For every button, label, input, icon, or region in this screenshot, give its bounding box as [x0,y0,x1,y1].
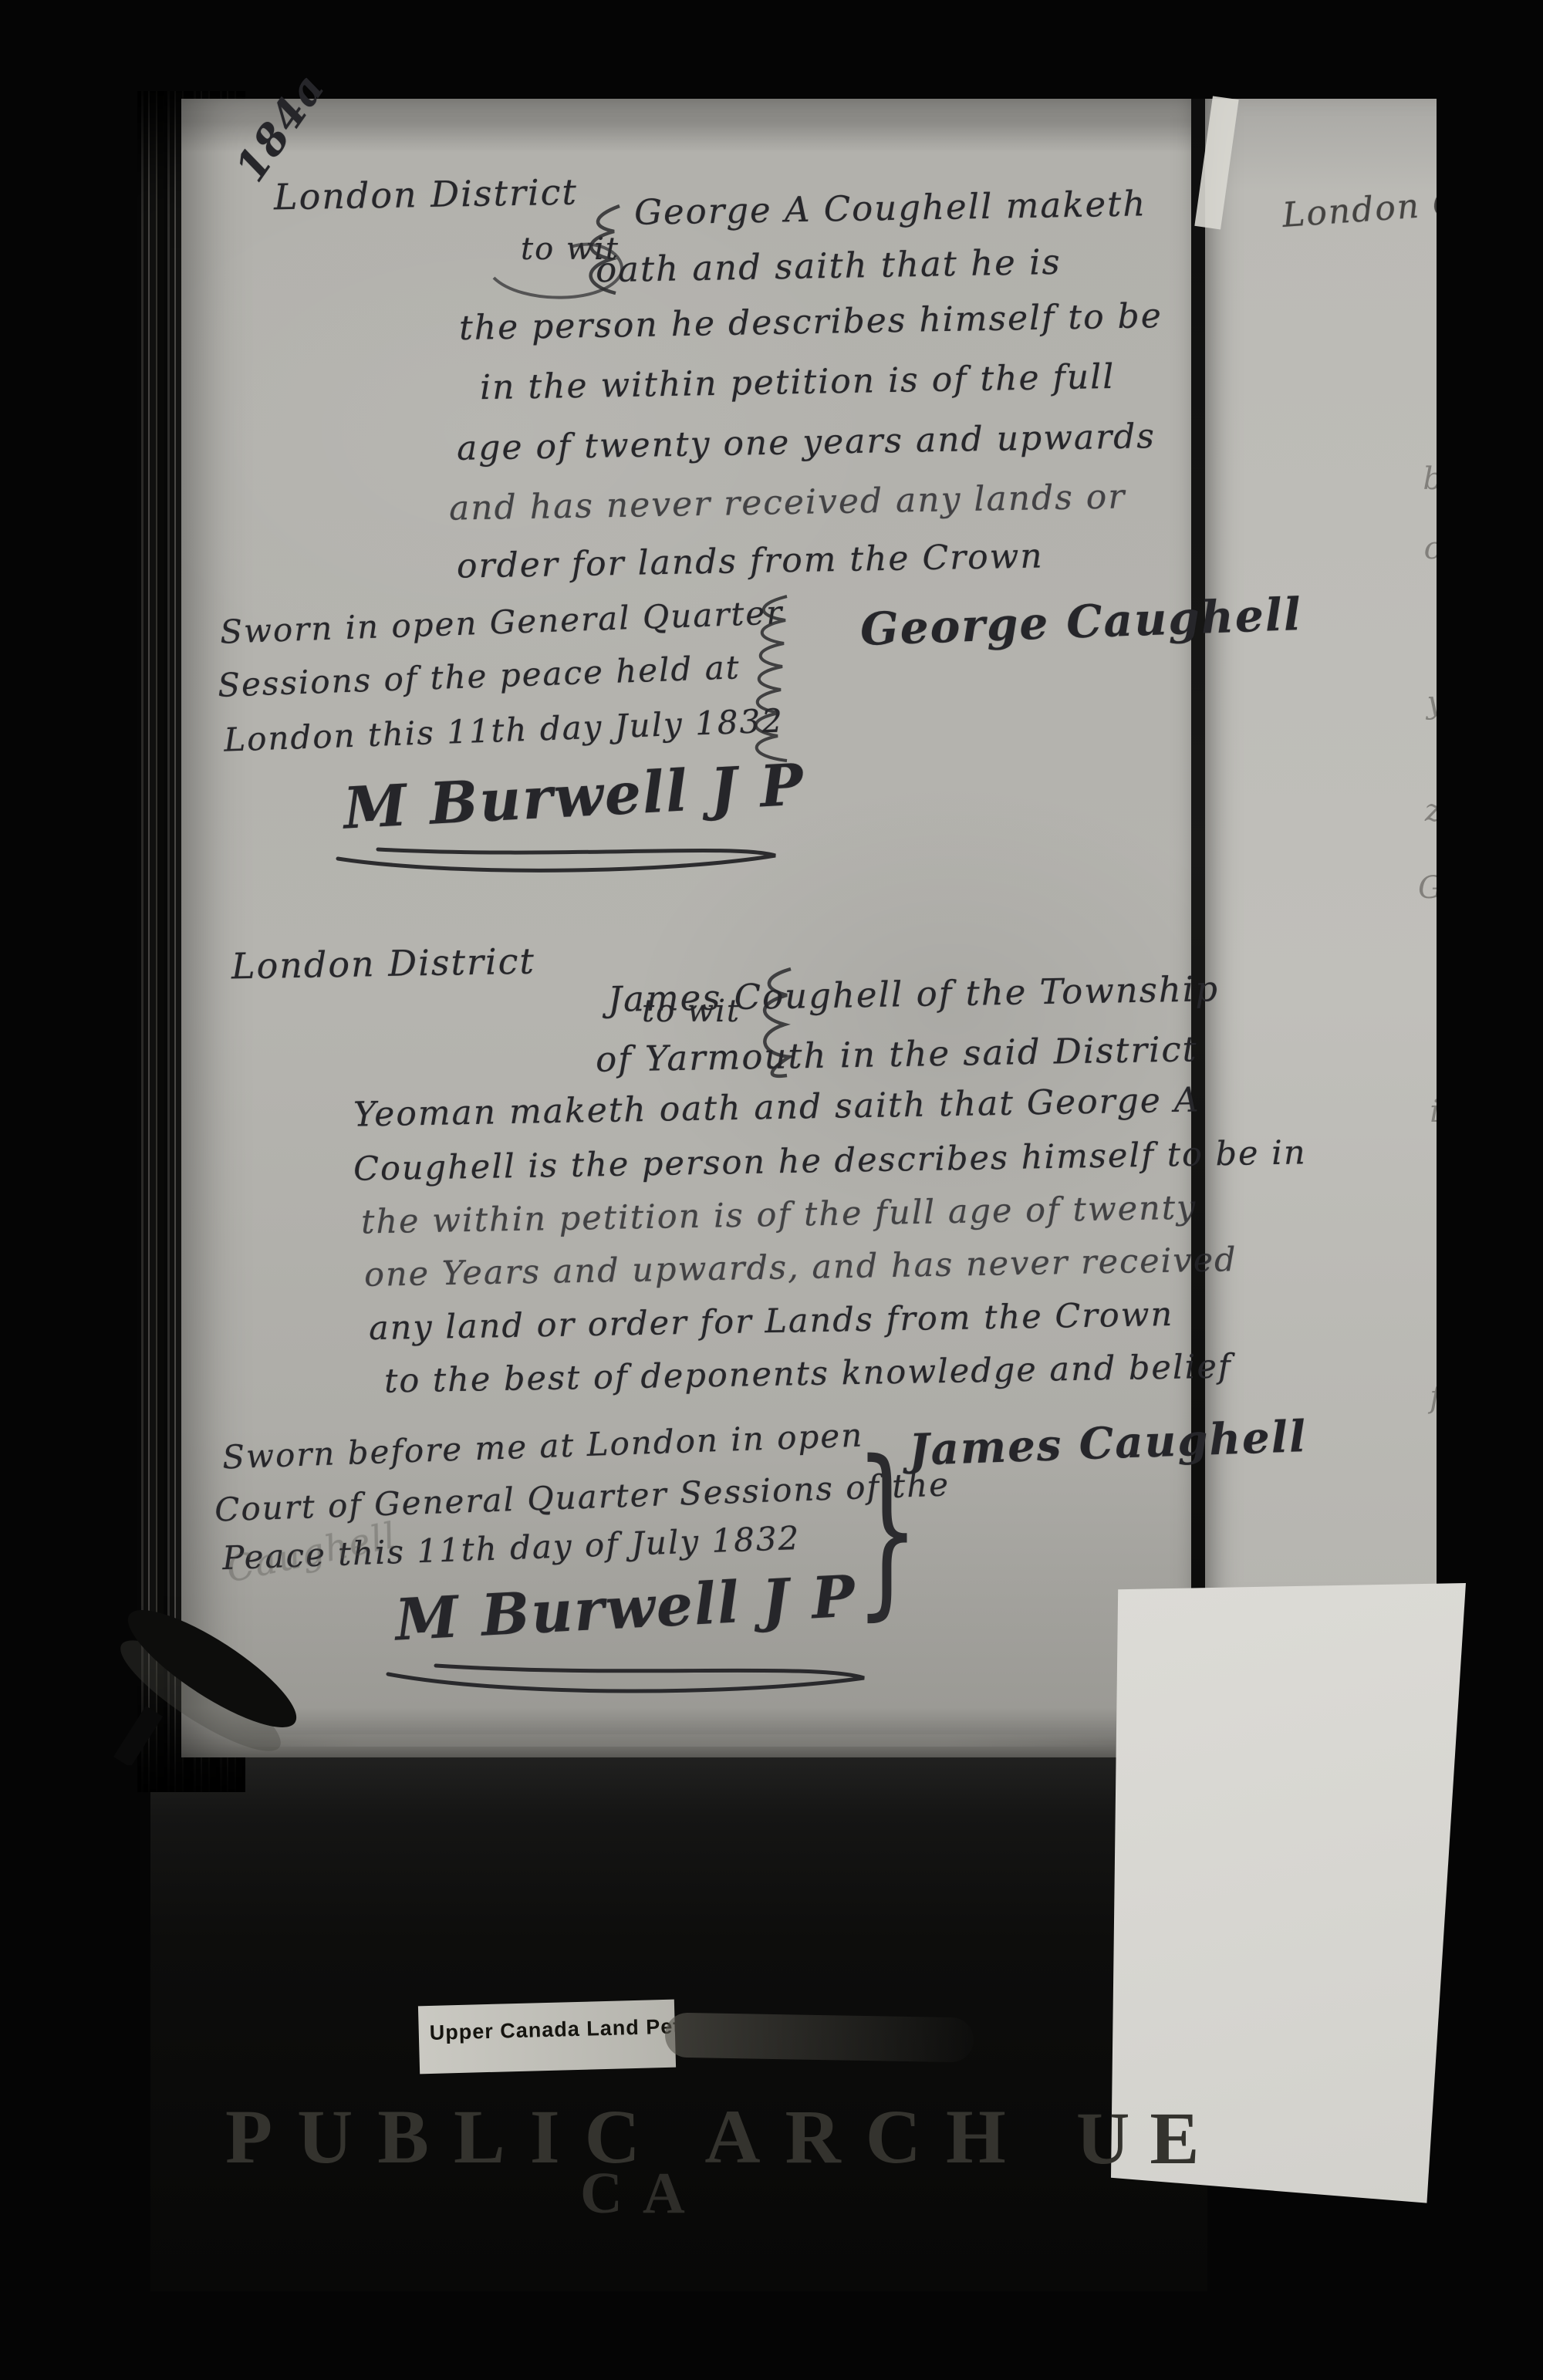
archives-stamp-right: UE [1076,2095,1219,2181]
page-bottom-edge [224,1734,1126,1747]
adjacent-page-fragment: London C [1281,184,1437,235]
edge-stroke-fragment: f [1430,1379,1437,1415]
vertical-squiggle [733,592,802,766]
edge-stroke-fragment: b [1423,461,1437,497]
adjacent-page: London C b c y z G i f [1205,99,1437,1599]
document-scan: London C b c y z G i f 184a London Distr… [0,0,1543,2380]
signature-flourish [332,837,787,879]
edge-stroke-fragment: c [1424,531,1437,566]
archive-label-strip: Upper Canada Land Pet [418,2000,676,2074]
label-smear [665,2013,974,2063]
edge-stroke-fragment: y [1427,685,1437,721]
jurat-brace: } [855,1421,920,1637]
pen-object [108,1580,301,1765]
edge-stroke-fragment: i [1430,1094,1437,1129]
archive-label-text: Upper Canada Land Pet [418,2000,675,2046]
archives-stamp-line2: CA [580,2160,705,2227]
affidavit2-jurisdiction: London District [231,940,536,987]
signature-flourish [382,1655,876,1701]
affidavit1-line: oath and saith that he is [596,241,1062,291]
edge-stroke-fragment: z [1425,793,1437,829]
edge-stroke-fragment: G [1418,870,1437,906]
affidavit1-jurisdiction: London District [274,171,579,218]
